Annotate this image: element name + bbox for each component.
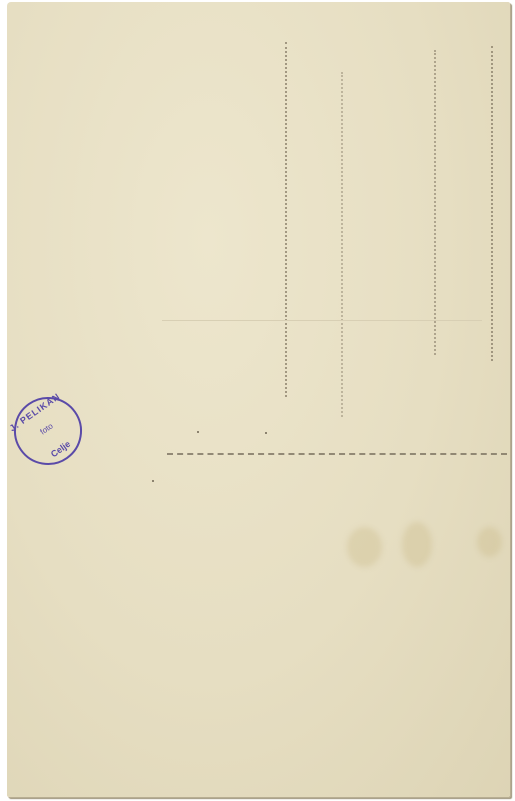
ink-speck xyxy=(152,480,154,482)
water-stain xyxy=(347,527,382,567)
ink-speck xyxy=(265,432,267,434)
divider-line-vertical-2 xyxy=(341,72,343,417)
divider-line-vertical-3 xyxy=(434,50,436,355)
divider-line-vertical-1 xyxy=(285,42,287,397)
divider-line-vertical-4 xyxy=(491,46,493,361)
address-divider-line xyxy=(167,453,507,455)
ink-speck xyxy=(197,431,199,433)
faint-guide-line xyxy=(162,320,482,321)
postcard-back xyxy=(7,2,510,797)
water-stain xyxy=(402,522,432,567)
water-stain xyxy=(477,527,502,557)
